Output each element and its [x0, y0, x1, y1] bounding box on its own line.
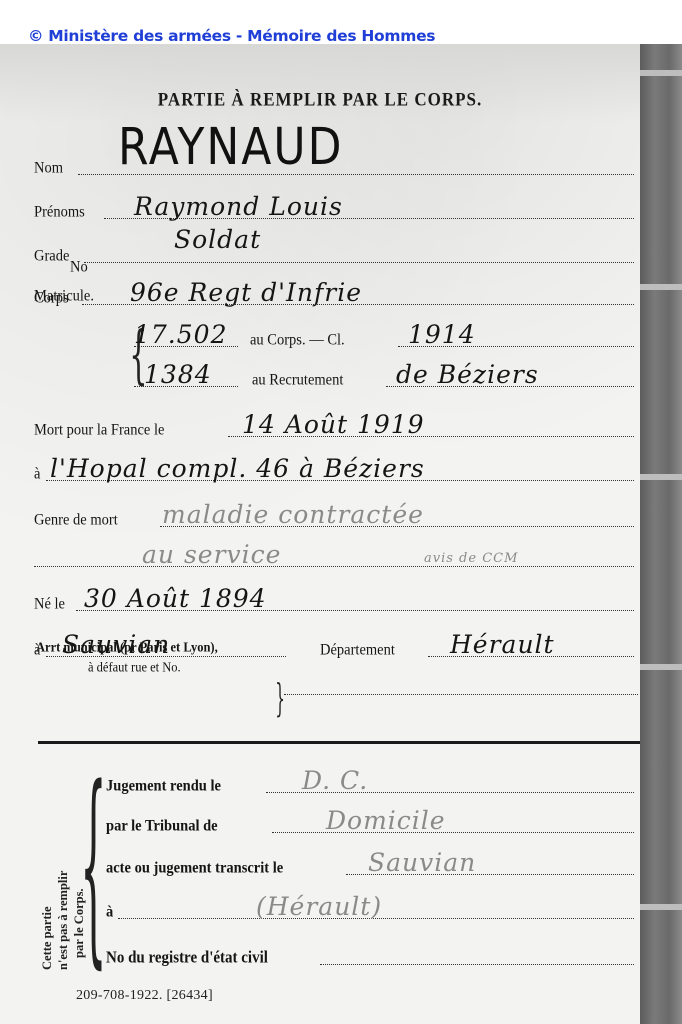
jugement-label: Jugement rendu le	[106, 777, 221, 796]
nom-label: Nom	[34, 159, 63, 178]
prenoms-value: Raymond Louis	[134, 192, 343, 221]
field-transcrit: acte ou jugement transcrit le Sauvian	[106, 850, 634, 880]
transcrit-lieu-label: à	[106, 903, 113, 922]
ne-le-label: Né le	[34, 595, 65, 614]
field-grade: Grade Soldat	[34, 238, 634, 268]
print-reference: 209-708-1922. [26434]	[76, 988, 213, 1004]
matricule-corps-value: 17.502	[134, 320, 227, 349]
genre-mort-value-line2: au service	[142, 540, 281, 569]
corps-value: 96e Regt d'Infrie	[130, 278, 362, 307]
genre-mort-label: Genre de mort	[34, 511, 118, 530]
paper-shading	[0, 44, 640, 124]
field-prenoms: Prénoms Raymond Louis	[34, 194, 634, 224]
binding-edge	[640, 44, 682, 1024]
transcrit-label: acte ou jugement transcrit le	[106, 859, 283, 878]
field-tribunal: par le Tribunal de Domicile	[106, 808, 634, 838]
field-matricule-recrutement: 1384 au Recrutement de Béziers	[134, 362, 634, 392]
recrutement-place-value: de Béziers	[396, 360, 539, 389]
mort-value: 14 Août 1919	[242, 410, 425, 439]
genre-mort-annotation: avis de CCM	[424, 551, 518, 566]
au-corps-label: au Corps. — Cl.	[250, 331, 345, 350]
copyright-watermark: © Ministère des armées - Mémoire des Hom…	[28, 27, 435, 45]
field-transcrit-lieu: à (Hérault)	[106, 894, 634, 924]
registre-label: No du registre d'état civil	[106, 949, 268, 968]
form-title: PARTIE À REMPLIR PAR LE CORPS.	[0, 89, 640, 111]
field-jugement: Jugement rendu le D. C.	[106, 768, 634, 798]
field-mort-lieu: à l'Hopal compl. 46 à Béziers	[34, 456, 634, 486]
field-registre: No du registre d'état civil	[106, 940, 634, 970]
ne-le-value: 30 Août 1894	[84, 584, 267, 613]
side-note-line1: Cette partie	[40, 906, 55, 970]
au-recrutement-label: au Recrutement	[252, 371, 343, 390]
field-genre-mort-line2: au service avis de CCM	[34, 542, 634, 572]
field-matricule-corps: 17.502 au Corps. — Cl. 1914	[134, 322, 634, 352]
tribunal-value: Domicile	[326, 806, 446, 835]
grade-label: Grade	[34, 247, 69, 266]
mort-lieu-label: à	[34, 465, 40, 484]
classe-value: 1914	[408, 320, 476, 349]
mort-lieu-value: l'Hopal compl. 46 à Béziers	[50, 454, 425, 483]
arrondissement-dots	[284, 694, 638, 695]
prenoms-label: Prénoms	[34, 203, 85, 222]
field-ne-le: Né le 30 Août 1894	[34, 586, 634, 616]
field-genre-mort: Genre de mort maladie contractée	[34, 502, 634, 532]
genre-mort-value: maladie contractée	[162, 500, 424, 529]
departement-label: Département	[320, 641, 395, 660]
jugement-value: D. C.	[302, 766, 368, 795]
field-nom: Nom	[34, 150, 634, 180]
grade-value: Soldat	[174, 225, 261, 254]
mort-label: Mort pour la France le	[34, 421, 164, 440]
matricule-recrutement-value: 1384	[144, 360, 212, 389]
tribunal-label: par le Tribunal de	[106, 817, 218, 836]
section-divider	[38, 741, 640, 744]
lower-brace: {	[80, 760, 107, 970]
field-mort: Mort pour la France le 14 Août 1919	[34, 412, 634, 442]
transcrit-lieu-value: (Hérault)	[256, 892, 382, 921]
side-note-line2: n'est pas à remplir	[56, 871, 71, 970]
field-corps: Corps 96e Regt d'Infrie	[34, 280, 634, 310]
transcrit-value: Sauvian	[368, 848, 476, 877]
departement-value: Hérault	[450, 630, 555, 659]
arrondissement-brace: }	[275, 676, 285, 720]
